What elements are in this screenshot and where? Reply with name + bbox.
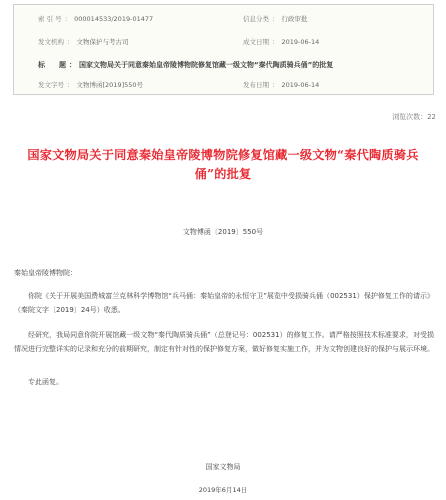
- body-paragraph: 你院《关于开展美国费城富兰克林科学博物馆“兵马俑：秦始皇帝的永恒守卫”展览中受损…: [14, 289, 434, 317]
- doc-number-label: 发文字号: [38, 81, 64, 89]
- publish-date-field: 发布日期：2019-06-14: [243, 78, 319, 92]
- separator: ：: [65, 15, 72, 23]
- written-date-label: 成文日期: [243, 38, 269, 46]
- issuing-org-label: 发文机构: [38, 38, 64, 46]
- info-category-field: 信息分类：行政审批: [243, 12, 308, 26]
- signature-date: 2019年6月14日: [0, 485, 446, 494]
- document-number: 文物博函〔2019〕550号: [0, 227, 446, 237]
- index-number-label: 索 引 号: [38, 15, 62, 23]
- document-info-box: 索 引 号：000014533/2019-01477 信息分类：行政审批 发文机…: [13, 4, 434, 95]
- separator: ：: [69, 61, 76, 69]
- doc-number-value: 文物博函[2019]550号: [77, 81, 144, 89]
- doc-number-field: 发文字号：文物博函[2019]550号: [38, 78, 143, 92]
- issuing-org-field: 发文机构：文物保护与考古司: [38, 35, 129, 49]
- info-row-index: 索 引 号：000014533/2019-01477 信息分类：行政审批: [14, 12, 433, 26]
- index-number-value: 000014533/2019-01477: [74, 15, 153, 23]
- separator: ：: [272, 81, 279, 89]
- separator: ：: [272, 38, 279, 46]
- signature-org: 国家文物局: [0, 462, 446, 472]
- index-number-field: 索 引 号：000014533/2019-01477: [38, 12, 153, 26]
- info-category-value: 行政审批: [282, 15, 308, 23]
- info-category-label: 信息分类: [243, 15, 269, 23]
- view-count: 浏览次数：22: [392, 112, 436, 122]
- body-paragraph: 经研究，我局同意你院开展馆藏一级文物“秦代陶质骑兵俑”（总登记号：002531）…: [14, 328, 434, 356]
- written-date-value: 2019-06-14: [282, 38, 320, 46]
- separator: ：: [67, 38, 74, 46]
- info-row-title: 标 题：国家文物局关于同意秦始皇帝陵博物院修复馆藏一级文物“秦代陶质骑兵俑”的批…: [14, 58, 433, 72]
- separator: ：: [272, 15, 279, 23]
- separator: ：: [67, 81, 74, 89]
- written-date-field: 成文日期：2019-06-14: [243, 35, 319, 49]
- issuing-org-value: 文物保护与考古司: [77, 38, 129, 46]
- view-count-value: 22: [427, 113, 436, 121]
- info-row-issuer: 发文机构：文物保护与考古司 成文日期：2019-06-14: [14, 35, 433, 49]
- title-label: 标 题: [38, 61, 66, 69]
- publish-date-label: 发布日期: [243, 81, 269, 89]
- salutation: 秦始皇帝陵博物院：: [14, 268, 77, 278]
- view-count-label: 浏览次数：: [392, 113, 427, 121]
- document-title: 国家文物局关于同意秦始皇帝陵博物院修复馆藏一级文物“秦代陶质骑兵俑”的批复: [14, 146, 432, 184]
- title-field: 标 题：国家文物局关于同意秦始皇帝陵博物院修复馆藏一级文物“秦代陶质骑兵俑”的批…: [38, 58, 333, 72]
- info-row-doc-number: 发文字号：文物博函[2019]550号 发布日期：2019-06-14: [14, 78, 433, 92]
- publish-date-value: 2019-06-14: [282, 81, 320, 89]
- title-value: 国家文物局关于同意秦始皇帝陵博物院修复馆藏一级文物“秦代陶质骑兵俑”的批复: [79, 61, 333, 69]
- closing-paragraph: 专此函复。: [14, 375, 434, 389]
